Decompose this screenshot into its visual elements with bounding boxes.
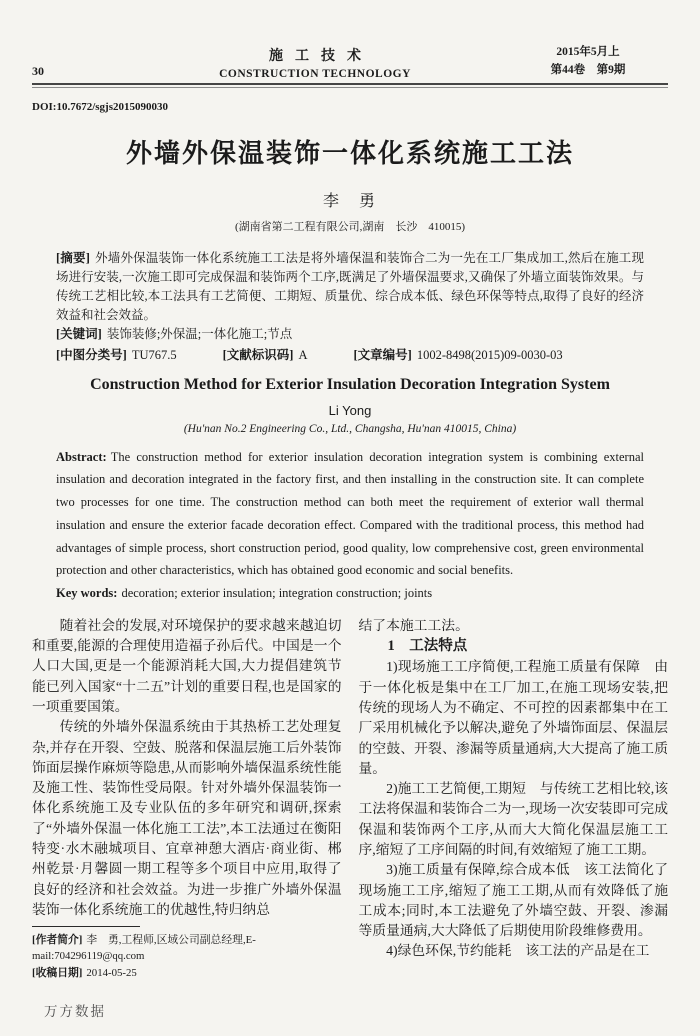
received-date-label: [收稿日期] [32,967,82,979]
journal-name-cn: 施工技术 [122,45,508,65]
article-title-cn: 外墙外保温装饰一体化系统施工工法 [32,133,668,170]
body-paragraph: 传统的外墙外保温系统由于其热桥工艺处理复杂,并存在开裂、空鼓、脱落和保温层施工后… [32,717,342,920]
abstract-cn: [摘要]外墙外保温装饰一体化系统施工工法是将外墙保温和装饰合二为一先在工厂集成加… [56,249,644,325]
volume-issue: 第44卷 第9期 [508,62,668,80]
article-id-value: 1002-8498(2015)09-0030-03 [417,348,563,362]
affiliation-en: (Hu'nan No.2 Engineering Co., Ltd., Chan… [32,423,668,435]
journal-name-en: CONSTRUCTION TECHNOLOGY [122,68,508,80]
wanfang-watermark: 万方数据 [44,1000,106,1020]
keywords-en: Key words:decoration; exterior insulatio… [56,582,644,605]
abstract-cn-text: 外墙外保温装饰一体化系统施工工法是将外墙保温和装饰合二为一先在工厂集成加工,然后… [56,251,644,322]
issue-date: 2015年5月上 [508,44,668,62]
journal-name-block: 施工技术 CONSTRUCTION TECHNOLOGY [122,45,508,80]
footnote-block: [作者简介]李 勇,工程师,区域公司副总经理,E-mail:704296119@… [32,926,342,984]
keywords-en-label: Key words: [56,586,117,600]
doi-line: DOI:10.7672/sgjs2015090030 [32,101,668,113]
doc-code-group: [文献标识码]A [223,345,308,363]
right-column: 结了本施工工法。 1 工法特点 1)现场施工工序简便,工程施工质量有保障 由于一… [359,616,669,984]
received-date-value: 2014-05-25 [86,967,136,979]
abstract-en-block: Abstract:The construction method for ext… [56,446,644,605]
body-paragraph: 随着社会的发展,对环境保护的要求越来越迫切和重要,能源的合理使用造福子孙后代。中… [32,616,342,717]
article-id-group: [文章编号]1002-8498(2015)09-0030-03 [353,345,562,363]
section-heading: 1 工法特点 [359,636,669,657]
abstract-en-label: Abstract: [56,450,107,464]
clc-label: [中图分类号] [56,348,127,362]
clc-value: TU767.5 [132,348,177,362]
header-rule [32,83,668,88]
left-column: 随着社会的发展,对环境保护的要求越来越迫切和重要,能源的合理使用造福子孙后代。中… [32,616,342,984]
abstract-en: Abstract:The construction method for ext… [56,446,644,583]
keywords-cn: [关键词]装饰装修;外保温;一体化施工;节点 [56,325,644,344]
doc-code-label: [文献标识码] [223,348,294,362]
footnote-rule [32,926,140,927]
journal-header: 30 施工技术 CONSTRUCTION TECHNOLOGY 2015年5月上… [32,44,668,80]
body-paragraph: 4)绿色环保,节约能耗 该工法的产品是在工 [359,941,669,961]
abstract-en-text: The construction method for exterior ins… [56,450,644,578]
keywords-cn-text: 装饰装修;外保温;一体化施工;节点 [107,327,292,341]
clc-group: [中图分类号]TU767.5 [56,345,177,363]
doc-code-value: A [298,348,307,362]
article-id-label: [文章编号] [353,348,411,362]
keywords-cn-label: [关键词] [56,327,102,341]
body-columns: 随着社会的发展,对环境保护的要求越来越迫切和重要,能源的合理使用造福子孙后代。中… [32,616,668,984]
classification-line: [中图分类号]TU767.5 [文献标识码]A [文章编号]1002-8498(… [56,345,644,363]
author-name-cn: 李 勇 [32,188,668,211]
received-date-footnote: [收稿日期]2014-05-25 [32,965,342,982]
author-bio-footnote: [作者简介]李 勇,工程师,区域公司副总经理,E-mail:704296119@… [32,932,342,965]
journal-page: 30 施工技术 CONSTRUCTION TECHNOLOGY 2015年5月上… [0,0,700,1036]
article-title-en: Construction Method for Exterior Insulat… [32,376,668,394]
body-paragraph: 1)现场施工工序简便,工程施工质量有保障 由于一体化板是集中在工厂加工,在施工现… [359,657,669,779]
abstract-cn-label: [摘要] [56,251,90,265]
keywords-en-text: decoration; exterior insulation; integra… [121,586,432,600]
author-name-en: Li Yong [32,403,668,418]
body-paragraph: 3)施工质量有保障,综合成本低 该工法简化了现场施工工序,缩短了施工工期,从而有… [359,860,669,941]
author-bio-label: [作者简介] [32,934,82,946]
body-paragraph: 结了本施工工法。 [359,616,669,636]
issue-info: 2015年5月上 第44卷 第9期 [508,44,668,80]
page-number: 30 [32,64,122,80]
body-paragraph: 2)施工工艺简便,工期短 与传统工艺相比较,该工法将保温和装饰合二为一,现场一次… [359,779,669,860]
abstract-cn-block: [摘要]外墙外保温装饰一体化系统施工工法是将外墙保温和装饰合二为一先在工厂集成加… [56,249,644,344]
affiliation-cn: (湖南省第二工程有限公司,湖南 长沙 410015) [32,218,668,234]
